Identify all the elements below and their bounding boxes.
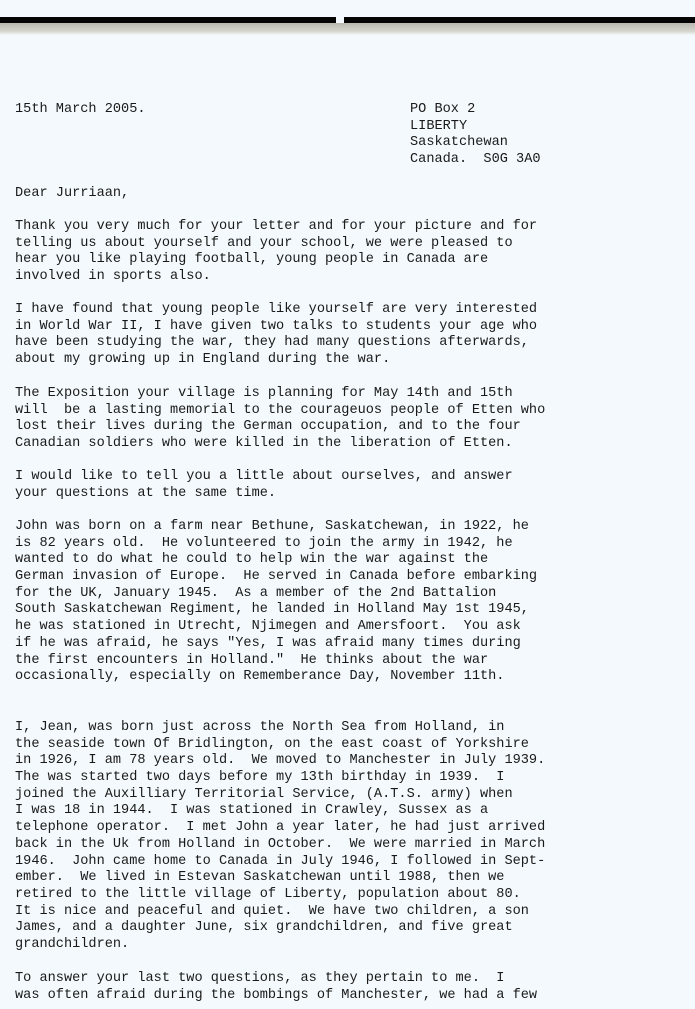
- text-line: To answer your last two questions, as th…: [15, 971, 537, 988]
- text-line: if he was afraid, he says "Yes, I was af…: [15, 636, 537, 653]
- text-line: South Saskatchewan Regiment, he landed i…: [15, 602, 537, 619]
- text-line: occasionally, especially on Rememberance…: [15, 669, 537, 686]
- paragraph-introduction: I would like to tell you a little about …: [15, 469, 513, 502]
- paragraph-john: John was born on a farm near Bethune, Sa…: [15, 519, 537, 686]
- text-line: about my growing up in England during th…: [15, 352, 537, 369]
- address-line: LIBERTY: [410, 119, 541, 136]
- salutation: Dear Jurriaan,: [15, 186, 129, 203]
- text-line: telephone operator. I met John a year la…: [15, 820, 545, 837]
- text-line: the first encounters in Holland." He thi…: [15, 653, 537, 670]
- text-line: back in the Uk from Holland in October. …: [15, 837, 545, 854]
- text-line: I have found that young people like your…: [15, 302, 537, 319]
- text-line: he was stationed in Utrecht, Njimegen an…: [15, 619, 537, 636]
- text-line: Canadian soldiers who were killed in the…: [15, 436, 545, 453]
- sender-address: PO Box 2 LIBERTY Saskatchewan Canada. S0…: [410, 102, 541, 169]
- address-line: PO Box 2: [410, 102, 541, 119]
- text-line: joined the Auxilliary Territorial Servic…: [15, 787, 545, 804]
- text-line: in 1926, I am 78 years old. We moved to …: [15, 753, 545, 770]
- text-line: the seaside town Of Bridlington, on the …: [15, 737, 545, 754]
- paragraph-answers: To answer your last two questions, as th…: [15, 971, 537, 1004]
- text-line: was often afraid during the bombings of …: [15, 988, 537, 1005]
- text-line: in World War II, I have given two talks …: [15, 319, 537, 336]
- text-line: hear you like playing football, young pe…: [15, 252, 537, 269]
- text-line: It is nice and peaceful and quiet. We ha…: [15, 904, 545, 921]
- text-line: lost their lives during the German occup…: [15, 419, 545, 436]
- text-line: Thank you very much for your letter and …: [15, 219, 537, 236]
- text-line: The was started two days before my 13th …: [15, 770, 545, 787]
- text-line: have been studying the war, they had man…: [15, 335, 537, 352]
- text-line: telling us about yourself and your schoo…: [15, 236, 537, 253]
- text-line: John was born on a farm near Bethune, Sa…: [15, 519, 537, 536]
- text-line: German invasion of Europe. He served in …: [15, 569, 537, 586]
- text-line: grandchildren.: [15, 937, 545, 954]
- paragraph-thanks: Thank you very much for your letter and …: [15, 219, 537, 286]
- text-line: The Exposition your village is planning …: [15, 386, 545, 403]
- text-line: is 82 years old. He volunteered to join …: [15, 536, 537, 553]
- text-line: involved in sports also.: [15, 269, 537, 286]
- paragraph-exposition: The Exposition your village is planning …: [15, 386, 545, 453]
- text-line: will be a lasting memorial to the courag…: [15, 403, 545, 420]
- text-line: for the UK, January 1945. As a member of…: [15, 586, 537, 603]
- scan-edge-shadow: [0, 23, 695, 35]
- paragraph-jean: I, Jean, was born just across the North …: [15, 720, 545, 954]
- address-line: Canada. S0G 3A0: [410, 152, 541, 169]
- text-line: ember. We lived in Estevan Saskatchewan …: [15, 870, 545, 887]
- address-line: Saskatchewan: [410, 135, 541, 152]
- letter-date: 15th March 2005.: [15, 102, 146, 119]
- paragraph-ww2-interest: I have found that young people like your…: [15, 302, 537, 369]
- text-line: wanted to do what he could to help win t…: [15, 552, 537, 569]
- text-line: I was 18 in 1944. I was stationed in Cra…: [15, 803, 545, 820]
- text-line: I, Jean, was born just across the North …: [15, 720, 545, 737]
- text-line: your questions at the same time.: [15, 486, 513, 503]
- text-line: I would like to tell you a little about …: [15, 469, 513, 486]
- text-line: 1946. John came home to Canada in July 1…: [15, 854, 545, 871]
- text-line: James, and a daughter June, six grandchi…: [15, 920, 545, 937]
- text-line: retired to the little village of Liberty…: [15, 887, 545, 904]
